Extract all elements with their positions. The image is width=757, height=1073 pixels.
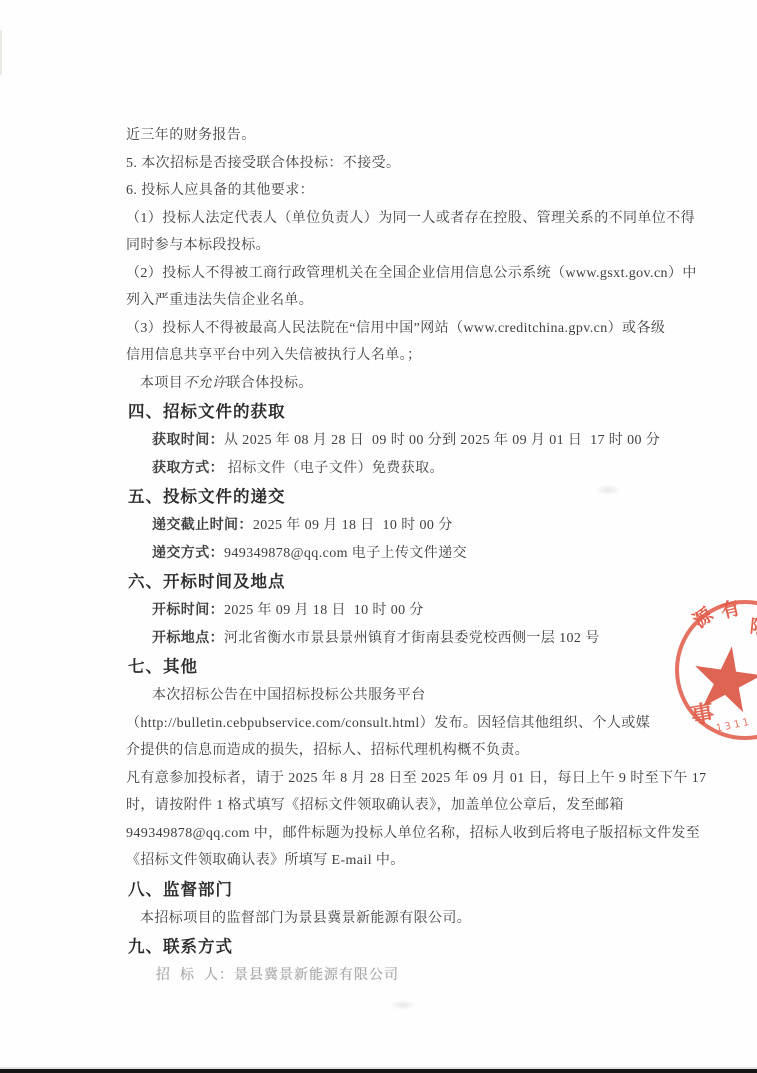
text-run: 递交截止时间：	[152, 518, 253, 533]
text-run: 同时参与本标段投标。	[126, 238, 270, 253]
text-run: 《招标文件领取确认表》所填写 E-mail 中。	[126, 853, 405, 868]
text-line: 开标地点：河北省衡水市景县景州镇育才街南县委党校西侧一层 102 号	[126, 625, 666, 653]
text-run: 九、联系方式	[128, 937, 233, 956]
text-line: 同时参与本标段投标。	[126, 232, 666, 260]
scan-bottom-strip	[0, 1069, 757, 1073]
scan-smudge	[390, 1000, 416, 1010]
section-heading: 九、联系方式	[126, 932, 666, 962]
text-run: 递交方式：	[152, 546, 224, 561]
text-run: （3）投标人不得被最高人民法院在“信用中国”网站（www.creditchina…	[126, 321, 665, 336]
text-line: 递交截止时间：2025 年 09 月 18 日 10 时 00 分	[126, 512, 666, 540]
text-line: 5. 本次招标是否接受联合体投标：不接受。	[126, 150, 666, 178]
text-line: 949349878@qq.com 中，邮件标题为投标人单位名称，招标人收到后将电…	[126, 820, 666, 848]
text-line: 本项目不允许联合体投标。	[126, 370, 666, 398]
text-line: 本招标项目的监督部门为景县冀景新能源有限公司。	[126, 905, 666, 933]
text-line: 凡有意参加投标者，请于 2025 年 8 月 28 日至 2025 年 09 月…	[126, 765, 666, 793]
text-line: 本次招标公告在中国招标投标公共服务平台	[126, 682, 666, 710]
text-run: 本项目	[140, 376, 183, 391]
seal-side-char: 事	[689, 701, 716, 728]
text-run: 5. 本次招标是否接受联合体投标：不接受。	[126, 156, 400, 171]
section-heading: 七、其他	[126, 652, 666, 682]
text-run: （http://bulletin.cebpubservice.com/consu…	[126, 716, 650, 731]
text-line: 获取时间：从 2025 年 08 月 28 日 09 时 00 分到 2025 …	[126, 427, 666, 455]
text-run: （1）投标人法定代表人（单位负责人）为同一人或者存在控股、管理关系的不同单位不得	[126, 211, 695, 226]
text-run: 介提供的信息而造成的损失，招标人、招标代理机构概不负责。	[126, 743, 529, 758]
text-run: （2）投标人不得被工商行政管理机关在全国企业信用信息公示系统（www.gsxt.…	[126, 266, 697, 281]
text-run: 五、投标文件的递交	[128, 487, 286, 506]
text-line: 介提供的信息而造成的损失，招标人、招标代理机构概不负责。	[126, 737, 666, 765]
text-run: 本次招标公告在中国招标投标公共服务平台	[152, 688, 426, 703]
text-run: 开标地点：	[152, 631, 224, 646]
text-run: 招标文件（电子文件）免费获取。	[224, 461, 444, 476]
text-line: 列入严重违法失信企业名单。	[126, 287, 666, 315]
document-body: 近三年的财务报告。5. 本次招标是否接受联合体投标：不接受。6. 投标人应具备的…	[126, 122, 666, 990]
section-heading: 六、开标时间及地点	[126, 567, 666, 597]
scanned-document-page: 近三年的财务报告。5. 本次招标是否接受联合体投标：不接受。6. 投标人应具备的…	[0, 0, 757, 1073]
text-run: 2025 年 09 月 18 日 10 时 00 分	[224, 603, 424, 618]
text-line: 时，请按附件 1 格式填写《招标文件领取确认表》，加盖单位公章后，发至邮箱	[126, 792, 666, 820]
text-run: 河北省衡水市景县景州镇育才街南县委党校西侧一层 102 号	[224, 631, 600, 646]
section-heading: 五、投标文件的递交	[126, 482, 666, 512]
text-line: （2）投标人不得被工商行政管理机关在全国企业信用信息公示系统（www.gsxt.…	[126, 260, 666, 288]
text-line: 招 标 人：景县冀景新能源有限公司	[126, 962, 666, 990]
text-run: 949349878@qq.com 中，邮件标题为投标人单位名称，招标人收到后将电…	[126, 826, 700, 841]
text-run: 6. 投标人应具备的其他要求：	[126, 183, 314, 198]
text-line: 获取方式： 招标文件（电子文件）免费获取。	[126, 455, 666, 483]
text-line: 开标时间：2025 年 09 月 18 日 10 时 00 分	[126, 597, 666, 625]
text-run: 获取时间：	[152, 433, 224, 448]
text-run: 本招标项目的监督部门为景县冀景新能源有限公司。	[140, 911, 471, 926]
text-run: 招 标 人：景县冀景新能源有限公司	[156, 968, 399, 983]
text-line: （3）投标人不得被最高人民法院在“信用中国”网站（www.creditchina…	[126, 315, 666, 343]
text-line: 《招标文件领取确认表》所填写 E-mail 中。	[126, 847, 666, 875]
text-run: 不允许	[183, 376, 226, 391]
text-run: 从 2025 年 08 月 28 日 09 时 00 分到 2025 年 09 …	[224, 433, 660, 448]
scan-edge-sliver	[0, 30, 2, 75]
section-heading: 八、监督部门	[126, 875, 666, 905]
text-line: 近三年的财务报告。	[126, 122, 666, 150]
text-line: （1）投标人法定代表人（单位负责人）为同一人或者存在控股、管理关系的不同单位不得	[126, 205, 666, 233]
text-line: （http://bulletin.cebpubservice.com/consu…	[126, 710, 666, 738]
text-run: 近三年的财务报告。	[126, 128, 256, 143]
text-run: 列入严重违法失信企业名单。	[126, 293, 313, 308]
text-line: 6. 投标人应具备的其他要求：	[126, 177, 666, 205]
text-run: 七、其他	[128, 657, 198, 676]
text-run: 联合体投标。	[226, 376, 312, 391]
text-run: 四、招标文件的获取	[128, 402, 286, 421]
text-run: 949349878@qq.com 电子上传文件递交	[224, 546, 467, 561]
text-line: 递交方式：949349878@qq.com 电子上传文件递交	[126, 540, 666, 568]
text-run: 获取方式：	[152, 461, 224, 476]
text-run: 凡有意参加投标者，请于 2025 年 8 月 28 日至 2025 年 09 月…	[126, 771, 707, 786]
text-run: 八、监督部门	[128, 880, 233, 899]
scan-smudge	[595, 485, 621, 495]
text-run: 信用信息共享平台中列入失信被执行人名单。；	[126, 348, 421, 363]
text-run: 开标时间：	[152, 603, 224, 618]
seal-arc-char: 限	[749, 617, 757, 637]
text-line: 信用信息共享平台中列入失信被执行人名单。；	[126, 342, 666, 370]
section-heading: 四、招标文件的获取	[126, 397, 666, 427]
text-run: 六、开标时间及地点	[128, 572, 286, 591]
text-run: 2025 年 09 月 18 日 10 时 00 分	[253, 518, 453, 533]
text-run: 时，请按附件 1 格式填写《招标文件领取确认表》，加盖单位公章后，发至邮箱	[126, 798, 624, 813]
